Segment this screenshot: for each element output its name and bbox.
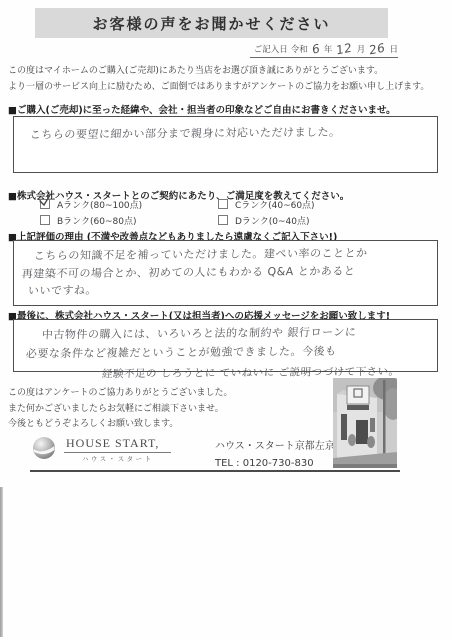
page-title: お客様の声をお聞かせください (92, 13, 330, 34)
reason-handwritten-line-1: こちらの知識不足を補っていただけました。建ぺい率のこととか (33, 245, 368, 264)
scan-edge-artifact (0, 487, 3, 637)
message-answer-box: 中古物件の購入には、いろいろと法的な制約や 銀行ローンに 必要な条件など複雑だと… (13, 319, 438, 372)
date-year-unit: 年 (324, 43, 333, 55)
store-photo (333, 378, 397, 468)
option-row-1: Aランク(80~100点) Cランク(40~60点) (40, 196, 410, 212)
option-b-label: Bランク(60~80点) (57, 214, 136, 227)
logo-kana: ハウス・スタート (64, 454, 171, 463)
date-month-handwritten: 12 (336, 41, 353, 58)
question1-handwritten-answer: こちらの要望に細かい部分まで親身に対応いただけました。 (29, 124, 341, 143)
message-handwritten-line-1: 中古物件の購入には、いろいろと法的な制約や 銀行ローンに (41, 324, 356, 343)
logo-wordmark: HOUSE START, (64, 436, 171, 453)
intro-line-2: より一層のサービス向上に励むため、ご面倒ではありますがアンケートのご協力をお願い… (8, 80, 448, 96)
question1-heading: ■ご購入(ご売却)に至った経緯や、会社・担当者の印象などご自由にお書きくださいま… (8, 102, 396, 116)
option-a-label: Aランク(80~100点) (57, 198, 142, 211)
option-a: Aランク(80~100点) (40, 198, 218, 211)
date-era: 令和 (291, 43, 308, 55)
option-c: Cランク(40~60点) (218, 198, 396, 211)
store-info: ハウス・スタート京都左京店 TEL : 0120-730-830 (215, 438, 345, 472)
scanned-survey-document: お客様の声をお聞かせください ご記入日 令和 6 年 12 月 26 日 この度… (0, 0, 452, 640)
reason-answer-box: こちらの知識不足を補っていただけました。建ぺい率のこととか 再建築不可の場合とか… (13, 240, 438, 306)
thanks-line-3: 今後ともどうぞよろしくお願い致します。 (8, 417, 232, 433)
company-logo: HOUSE START, ハウス・スタート (32, 436, 171, 463)
option-b: Bランク(60~80点) (40, 214, 218, 227)
date-day-handwritten: 26 (369, 41, 386, 58)
globe-logo-icon (32, 436, 56, 460)
checkbox-b[interactable] (40, 215, 50, 225)
checkbox-c[interactable] (218, 199, 228, 209)
option-d-label: Dランク(0~40点) (235, 214, 310, 227)
date-day-unit: 日 (389, 43, 398, 55)
message-handwritten-line-2: 必要な条件など複雑だということが勉強できました。今後も (25, 343, 337, 362)
intro-paragraph: この度はマイホームのご購入(ご売却)にあたり当店をお選び頂き誠にありがとうござい… (8, 64, 448, 95)
fill-in-date: ご記入日 令和 6 年 12 月 26 日 (250, 42, 398, 58)
question1-answer-box: こちらの要望に細かい部分まで親身に対応いただけました。 (13, 116, 438, 173)
satisfaction-options: Aランク(80~100点) Cランク(40~60点) Bランク(60~80点) … (40, 196, 410, 228)
closing-thanks: この度はアンケートのご協力ありがとうございました。 また何かございましたらお気軽… (8, 386, 232, 433)
date-label: ご記入日 (254, 43, 288, 55)
option-d: Dランク(0~40点) (218, 214, 396, 227)
check-mark-icon (38, 193, 52, 207)
logo-text-block: HOUSE START, ハウス・スタート (64, 436, 171, 463)
intro-line-1: この度はマイホームのご購入(ご売却)にあたり当店をお選び頂き誠にありがとうござい… (8, 64, 448, 80)
reason-handwritten-line-2: 再建築不可の場合とか、初めての人にもわかる Q&A とかあると (21, 263, 355, 282)
title-bar: お客様の声をお聞かせください (35, 8, 388, 38)
reason-handwritten-line-3: いいですね。 (27, 282, 97, 299)
option-row-2: Bランク(60~80点) Dランク(0~40点) (40, 212, 410, 228)
date-month-unit: 月 (357, 43, 366, 55)
thanks-line-2: また何かございましたらお気軽にご相談下さいませ。 (8, 402, 232, 418)
checkbox-d[interactable] (218, 215, 228, 225)
store-name: ハウス・スタート京都左京店 (215, 438, 345, 455)
thanks-line-1: この度はアンケートのご協力ありがとうございました。 (8, 386, 232, 402)
option-c-label: Cランク(40~60点) (235, 198, 315, 211)
date-year-handwritten: 6 (312, 41, 321, 57)
footer-rule (30, 470, 400, 472)
checkbox-a[interactable] (40, 199, 50, 209)
